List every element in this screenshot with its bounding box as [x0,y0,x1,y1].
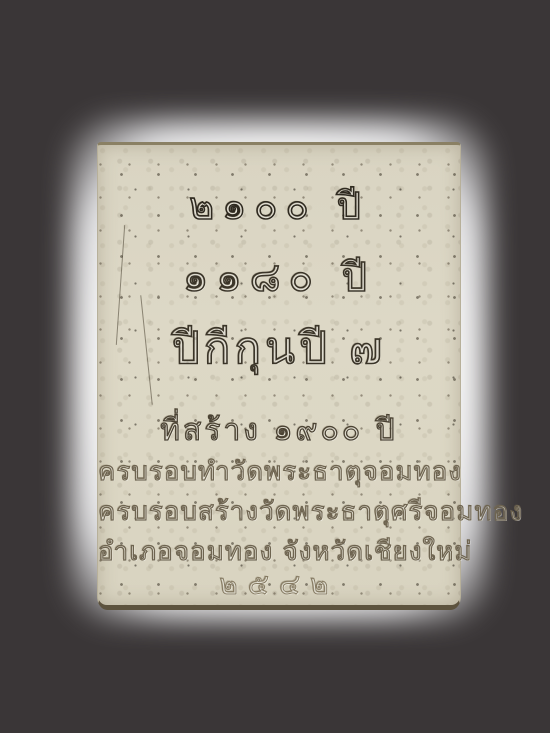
inscription-line-3: ปีกีกุนปี ๗ [98,313,460,383]
inscription-line-1: ๒๑๐๐ ปี [98,175,460,236]
inscription-line-4: ที่สร้าง ๑๙๐๐ ปี [98,407,460,454]
amulet-tablet: ๒๑๐๐ ปี ๑๑๘๐ ปี ปีกีกุนปี ๗ ที่สร้าง ๑๙๐… [97,142,461,610]
inscription-line-5: ครบรอบทำวัดพระธาตุจอมทอง [98,451,460,492]
inscription-year: ๒๕๔๒ [98,563,460,607]
inscription-line-2: ๑๑๘๐ ปี [98,245,460,309]
inscription-line-6: ครบรอบสร้างวัดพระธาตุศรีจอมทอง [98,491,460,532]
